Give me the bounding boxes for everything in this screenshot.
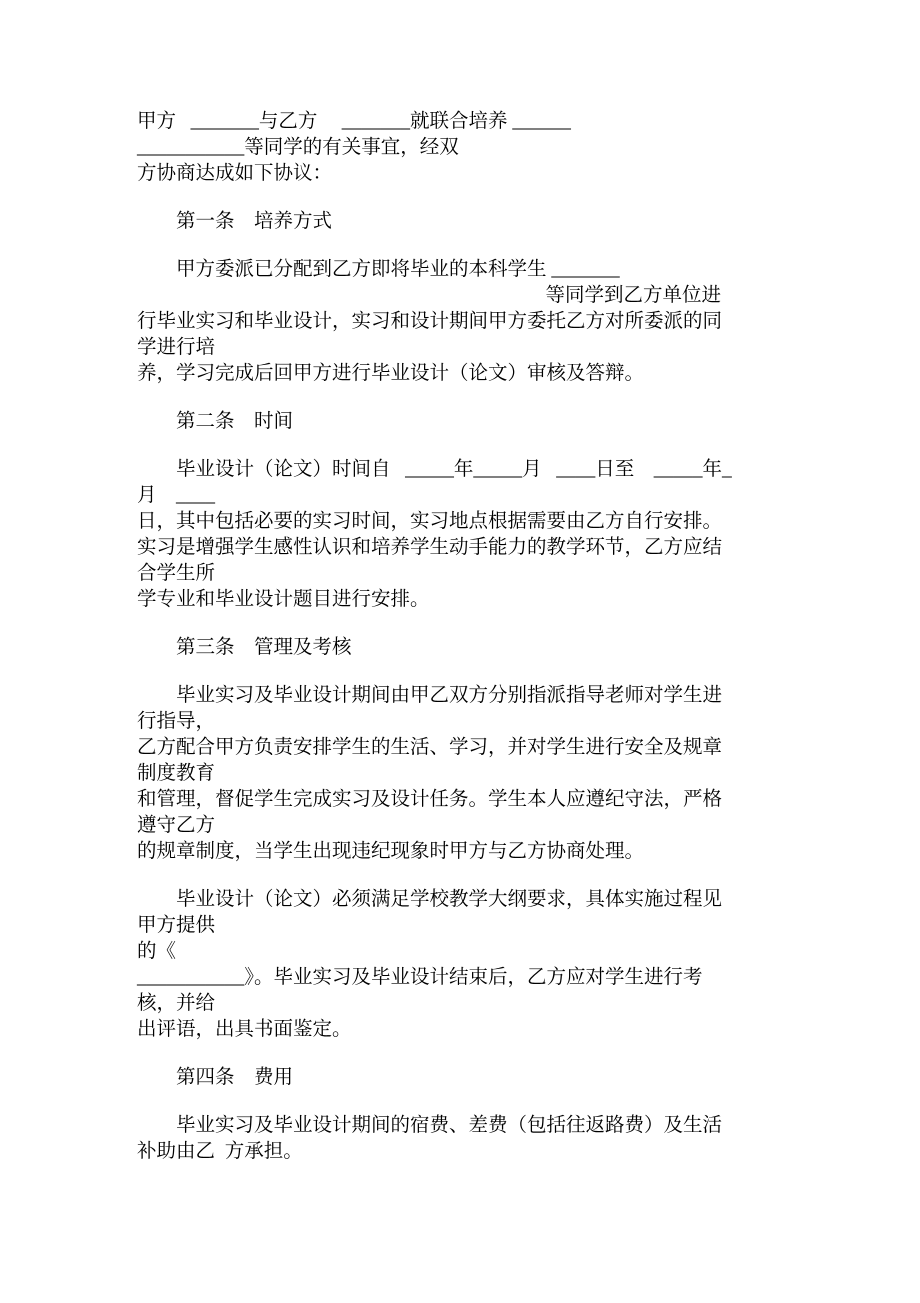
document-line: 第一条 培养方式 <box>137 209 737 235</box>
document-line: 第三条 管理及考核 <box>137 635 737 661</box>
document-line: 方协商达成如下协议： <box>137 161 737 187</box>
document-line: 制度教育 <box>137 761 737 787</box>
blank-line <box>137 865 737 887</box>
document-line: 养，学习完成后回甲方进行毕业设计（论文）审核及答辩。 <box>137 361 737 387</box>
document-line: 出评语，出具书面鉴定。 <box>137 1017 737 1043</box>
contract-document-page: 甲方 _______与乙方 _______就联合培养 _____________… <box>0 0 920 1303</box>
document-line: 毕业设计（论文）必须满足学校教学大纲要求，具体实施过程见 <box>137 887 737 913</box>
document-line: 核，并给 <box>137 991 737 1017</box>
document-line: 的《 <box>137 939 737 965</box>
document-line: 遵守乙方 <box>137 813 737 839</box>
document-line: 行毕业实习和毕业设计，实习和设计期间甲方委托乙方对所委派的同 <box>137 309 737 335</box>
blank-line <box>137 661 737 683</box>
document-line: 行指导， <box>137 709 737 735</box>
document-line: 学专业和毕业设计题目进行安排。 <box>137 587 737 613</box>
document-line: 甲方委派已分配到乙方即将毕业的本科学生 _______ <box>137 257 737 283</box>
document-line: 第二条 时间 <box>137 409 737 435</box>
document-line: 合学生所 <box>137 561 737 587</box>
document-line: 毕业实习及毕业设计期间由甲乙双方分别指派指导老师对学生进 <box>137 683 737 709</box>
blank-line <box>137 187 737 209</box>
document-line: 甲方提供 <box>137 913 737 939</box>
document-line: 日，其中包括必要的实习时间，实习地点根据需要由乙方自行安排。 <box>137 509 737 535</box>
blank-line <box>137 1091 737 1113</box>
document-line: 学进行培 <box>137 335 737 361</box>
blank-line <box>137 613 737 635</box>
document-line: ___________等同学的有关事宜，经双 <box>137 135 737 161</box>
blank-line <box>137 387 737 409</box>
document-line: 等同学到乙方单位进 <box>137 283 737 309</box>
blank-line <box>137 435 737 457</box>
blank-line <box>137 1043 737 1065</box>
document-line: 和管理，督促学生完成实习及设计任务。学生本人应遵纪守法，严格 <box>137 787 737 813</box>
document-line: ___________》。毕业实习及毕业设计结束后，乙方应对学生进行考 <box>137 965 737 991</box>
blank-line <box>137 235 737 257</box>
document-body: 甲方 _______与乙方 _______就联合培养 _____________… <box>0 0 737 1165</box>
document-line: 甲方 _______与乙方 _______就联合培养 ______ <box>137 109 737 135</box>
document-line: 乙方配合甲方负责安排学生的生活、学习，并对学生进行安全及规章 <box>137 735 737 761</box>
document-line: 实习是增强学生感性认识和培养学生动手能力的教学环节，乙方应结 <box>137 535 737 561</box>
document-line: 的规章制度，当学生出现违纪现象时甲方与乙方协商处理。 <box>137 839 737 865</box>
document-line: 月 ____ <box>137 483 737 509</box>
document-line: 毕业实习及毕业设计期间的宿费、差费（包括往返路费）及生活 <box>137 1113 737 1139</box>
document-line: 第四条 费用 <box>137 1065 737 1091</box>
document-line: 毕业设计（论文）时间自 _____年_____月 ____日至 _____年_ <box>137 457 737 483</box>
document-line: 补助由乙 方承担。 <box>137 1139 737 1165</box>
